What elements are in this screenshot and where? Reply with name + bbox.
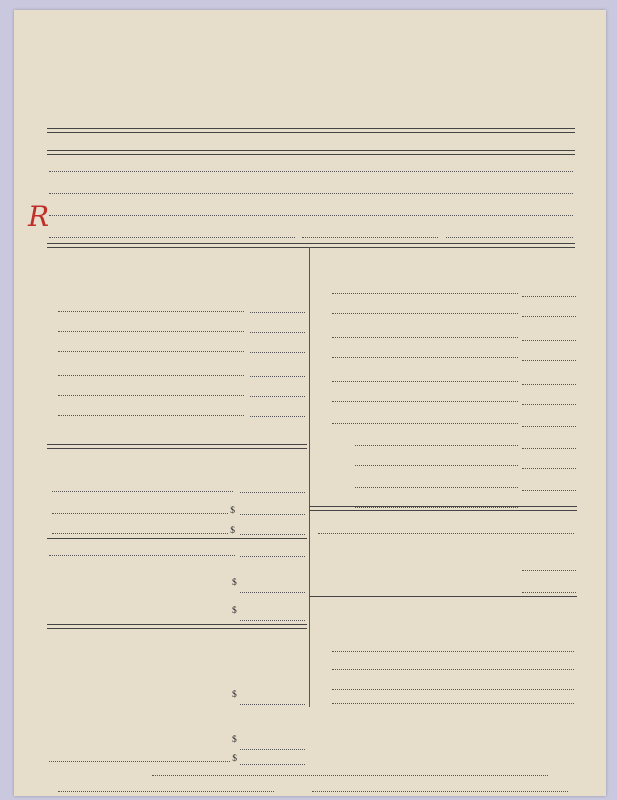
po-row	[310, 782, 570, 794]
buildings-divider	[47, 624, 307, 629]
schools-divider	[309, 506, 577, 511]
q23b-answer-line	[522, 454, 576, 469]
county-row	[300, 222, 440, 240]
membership-divider	[47, 444, 307, 449]
q23b-row	[353, 454, 520, 468]
q13-answer-line	[240, 690, 305, 705]
q24a-answer-line	[522, 476, 576, 491]
q26-answer-line	[522, 556, 576, 571]
q4-answer-line	[250, 362, 305, 377]
q3-row	[56, 338, 246, 354]
q3-answer-line	[250, 338, 305, 353]
q7-answer-line	[240, 478, 305, 493]
instruction-divider	[47, 150, 575, 155]
q1-row	[56, 298, 246, 314]
q2-row	[56, 318, 246, 334]
section-divider	[47, 243, 575, 248]
q21-row	[330, 390, 520, 404]
q17-answer-line	[522, 302, 576, 317]
q15-answer-line	[240, 750, 305, 765]
pastor-subdivider	[309, 596, 577, 597]
q15-row: $	[47, 750, 237, 764]
top-divider	[47, 128, 575, 133]
q19-answer-line	[522, 346, 576, 361]
date-row	[56, 782, 276, 794]
q23a-row	[353, 434, 520, 448]
q13-dollar: $	[232, 690, 237, 700]
q29-row	[330, 658, 576, 672]
q16-answer-line	[522, 282, 576, 297]
q25-row	[316, 522, 576, 536]
diocese-row	[47, 178, 575, 196]
q18-row	[330, 326, 520, 340]
q5-row	[56, 382, 246, 398]
q5-answer-line	[250, 382, 305, 397]
q11-dollar: $	[232, 578, 237, 588]
q20-answer-line	[522, 370, 576, 385]
signature-row	[150, 766, 550, 778]
q23a-answer-line	[522, 434, 576, 449]
column-divider	[309, 247, 310, 707]
q22-answer-line	[522, 412, 576, 427]
q24a-row	[353, 476, 520, 490]
q20-row	[330, 370, 520, 384]
q19-row	[330, 346, 520, 360]
church-name-row	[47, 200, 575, 218]
q2-answer-line	[250, 318, 305, 333]
q10-row	[47, 542, 237, 558]
buildings-subdivider	[47, 538, 307, 539]
q7-row	[50, 478, 235, 494]
state-row	[444, 222, 575, 240]
q22-row	[330, 412, 520, 426]
q30-row	[330, 680, 576, 692]
q11-answer-line	[240, 578, 305, 593]
q10-answer-line	[240, 542, 305, 557]
q8-answer-line	[240, 500, 305, 515]
q16-row	[330, 282, 520, 296]
q21-answer-line	[522, 390, 576, 405]
q31-row	[330, 694, 576, 706]
q1-answer-line	[250, 298, 305, 313]
q12-answer-line	[240, 606, 305, 621]
q18-answer-line	[522, 326, 576, 341]
q28-row	[330, 640, 576, 654]
q9-row: $	[50, 520, 235, 536]
red-check-mark: R	[28, 200, 49, 233]
q17-row	[330, 302, 520, 316]
q6-row	[56, 402, 246, 418]
q27-answer-line	[522, 578, 576, 593]
denomination-row	[47, 156, 575, 174]
q8-row: $	[50, 500, 235, 516]
q4-row	[56, 362, 246, 378]
q12-dollar: $	[232, 606, 237, 616]
city-row	[47, 222, 297, 240]
q9-answer-line	[240, 520, 305, 535]
q6-answer-line	[250, 402, 305, 417]
